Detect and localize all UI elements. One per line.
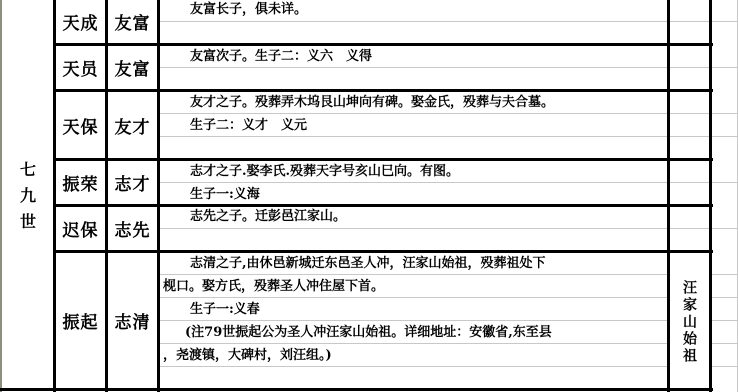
gridline [712,320,738,321]
record-text[interactable]: ，尧渡镇，大碑村，刘汪组。) [163,344,332,367]
gridline [712,366,738,367]
father-name-cell[interactable]: 友富 [108,0,157,43]
father-name-cell[interactable]: 友富 [108,46,157,89]
record-text[interactable]: 志才之子.娶李氏.殁葬天字号亥山巳向。有图。 [190,160,459,183]
gridline [158,228,738,229]
record-text[interactable]: 生子一:义海 [190,183,260,206]
generation-label: 七九世 [16,157,40,235]
person-name-cell[interactable]: 振荣 [56,161,105,204]
record-text[interactable]: 友才之子。殁葬弄木坞艮山坤向有碑。娶金氏，殁葬与夫合墓。 [190,91,554,114]
record-text[interactable]: (注79世振起公为圣人冲汪家山始祖。详细地址：安徽省,东至县 [185,321,552,344]
record-text[interactable]: 生子一:义春 [190,298,260,321]
record-text[interactable]: 友富长子，俱未详。 [190,0,307,21]
column-border [157,0,160,392]
record-text[interactable]: 枧口。娶方氏，殁葬圣人冲住屋下首。 [163,275,384,298]
person-name-cell[interactable]: 迟保 [56,207,105,250]
generation-cell[interactable]: 七九世 [2,0,54,392]
column-border [709,0,712,392]
record-text[interactable]: 志清之子,由休邑新城迁东邑圣人冲，汪家山始祖，殁葬祖处下 [190,252,546,275]
person-name-cell[interactable]: 振起 [56,253,105,388]
record-text[interactable]: 志先之子。迁彭邑江家山。 [190,205,346,228]
gridline [158,21,738,22]
father-name-cell[interactable]: 志清 [108,253,157,388]
note-cell-vertical[interactable]: 汪家山始祖 [676,274,702,370]
gridline [712,274,738,275]
person-name-cell[interactable]: 天成 [56,0,105,43]
gridline [712,343,738,344]
person-name-cell[interactable]: 天员 [56,46,105,89]
gridline [712,297,738,298]
record-text[interactable]: 生子二：义才 义元 [190,114,307,137]
record-text[interactable]: 友富次子。生子二：义六 义得 [190,45,372,68]
father-name-cell[interactable]: 志才 [108,161,157,204]
father-name-cell[interactable]: 志先 [108,207,157,250]
father-name-cell[interactable]: 友才 [108,92,157,158]
column-border [667,0,670,392]
person-name-cell[interactable]: 天保 [56,92,105,158]
